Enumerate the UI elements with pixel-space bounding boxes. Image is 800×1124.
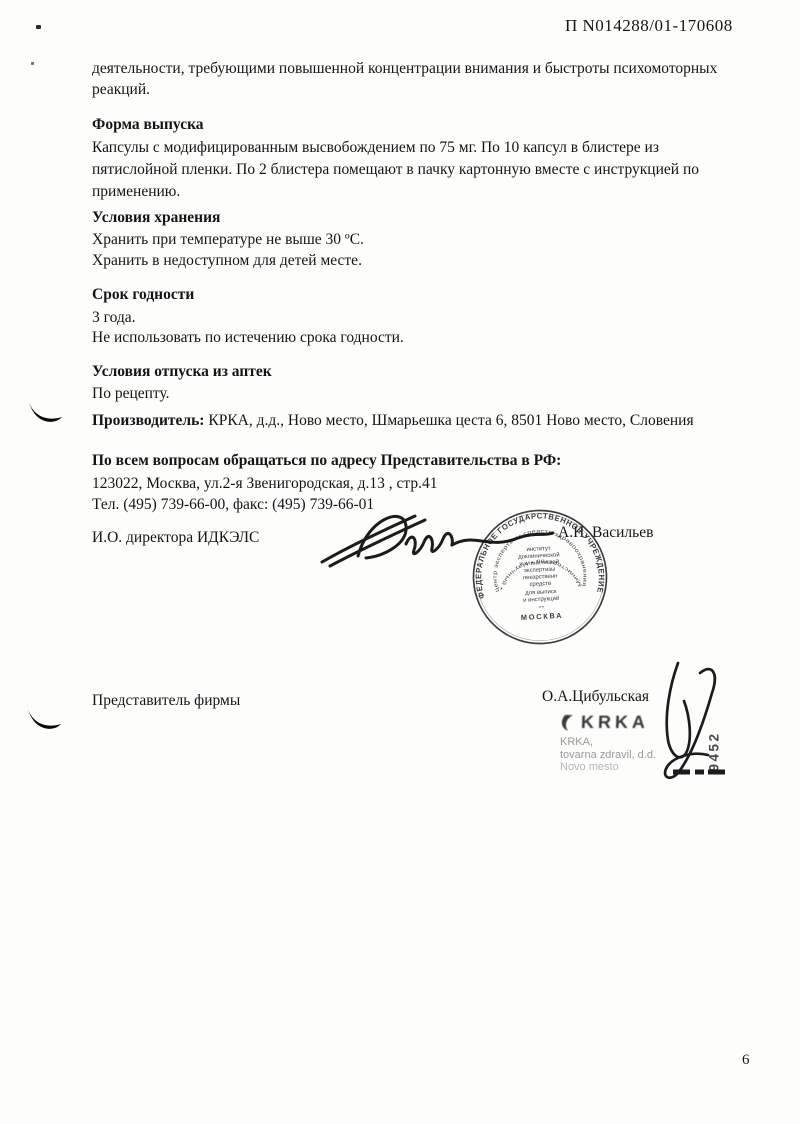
stamp-center-dots: • • (539, 605, 544, 610)
contacts-heading: По всем вопросам обращаться по адресу Пр… (92, 452, 561, 470)
krka-logo-icon (560, 714, 575, 732)
form-line: Капсулы с модифицированным высвобождение… (92, 137, 699, 159)
shelf-life-line: Не использовать по истечению срока годно… (92, 327, 404, 348)
page-number: 6 (742, 1052, 750, 1069)
director-title: И.О. директора ИДКЭЛС (92, 527, 259, 548)
scan-speck (31, 62, 34, 65)
form-line: пятислойной пленки. По 2 блистера помеща… (92, 159, 699, 181)
dispensing-line: По рецепту. (92, 383, 170, 404)
contacts-address: 123022, Москва, ул.2-я Звенигородская, д… (92, 473, 437, 494)
section-body-form: Капсулы с модифицированным высвобождение… (92, 137, 699, 203)
scan-crescent-mark (25, 702, 65, 734)
stamp-center-line: лекарственн (523, 573, 558, 581)
director-signature (320, 504, 555, 569)
scanned-document-page: П N014288/01-170608 деятельности, требую… (0, 0, 800, 1124)
representative-title: Представитель фирмы (92, 690, 240, 711)
section-heading-storage: Условия хранения (92, 209, 220, 227)
scan-crescent-mark (26, 395, 66, 427)
stamp-center-line: средств (529, 581, 551, 588)
manufacturer-line: Производитель: КРКА, д.д., Ново место, Ш… (92, 410, 694, 431)
representative-signature (640, 655, 730, 785)
section-heading-dispensing: Условия отпуска из аптек (92, 363, 272, 381)
form-line: применению. (92, 181, 699, 203)
stamp-city-text: МОСКВА (521, 611, 564, 622)
manufacturer-label: Производитель: (92, 412, 204, 429)
representative-name: О.А.Цибульская (542, 688, 649, 706)
storage-line: Хранить в недоступном для детей месте. (92, 250, 362, 271)
registration-number: П N014288/01-170608 (565, 16, 733, 36)
intro-paragraph: деятельности, требующими повышенной конц… (92, 58, 717, 100)
scan-speck (36, 25, 41, 29)
manufacturer-text: КРКА, д.д., Ново место, Шмарьешка цеста … (204, 412, 693, 429)
storage-line: Хранить при температуре не выше 30 ºС. (92, 229, 364, 250)
intro-line: реакций. (92, 79, 717, 100)
intro-line: деятельности, требующими повышенной конц… (92, 58, 717, 79)
section-heading-form: Форма выпуска (92, 116, 204, 134)
shelf-life-line: 3 года. (92, 307, 136, 328)
section-heading-shelf-life: Срок годности (92, 286, 194, 304)
stamp-center-line: для выписк (525, 589, 557, 597)
